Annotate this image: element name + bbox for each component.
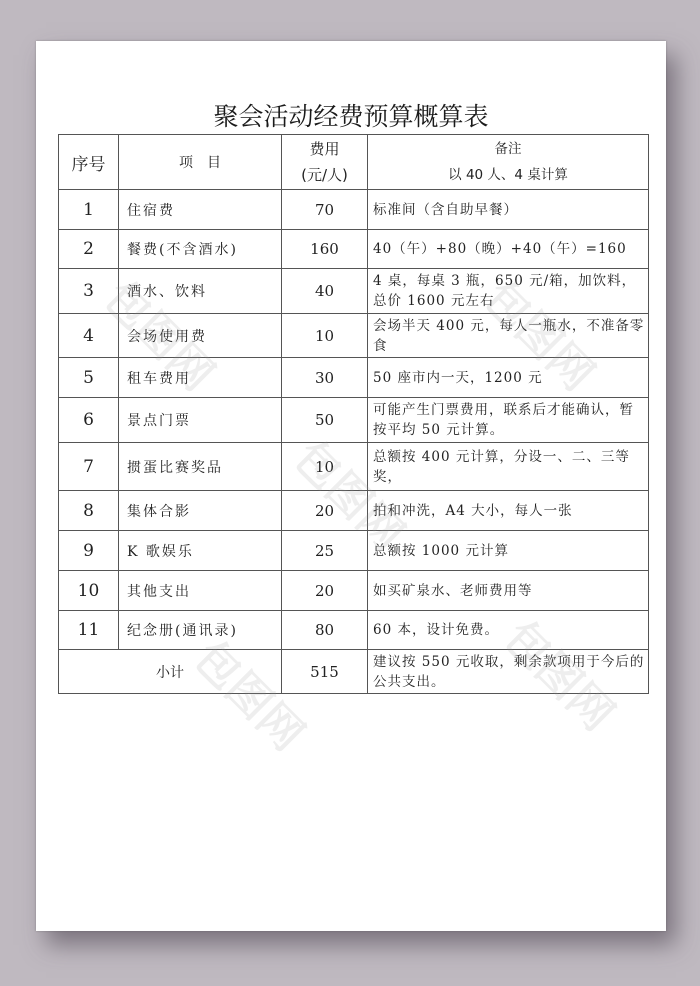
table-row: 7掼蛋比赛奖品10总额按 400 元计算，分设一、二、三等奖，: [59, 443, 649, 491]
row-item: 纪念册(通讯录): [119, 611, 282, 650]
table-row: 2餐费(不含酒水)16040（午）+80（晚）+40（午）=160: [59, 230, 649, 269]
header-note-label: 备注: [368, 136, 648, 162]
row-item: K 歌娱乐: [119, 531, 282, 571]
row-no: 4: [59, 314, 119, 358]
row-note: 50 座市内一天，1200 元: [368, 358, 649, 398]
row-no: 6: [59, 398, 119, 443]
table-row: 9K 歌娱乐25总额按 1000 元计算: [59, 531, 649, 571]
row-item: 住宿费: [119, 190, 282, 230]
table-row: 3酒水、饮料404 桌，每桌 3 瓶，650 元/箱，加饮料，总价 1600 元…: [59, 269, 649, 314]
row-item: 掼蛋比赛奖品: [119, 443, 282, 491]
row-note: 可能产生门票费用，联系后才能确认，暂按平均 50 元计算。: [368, 398, 649, 443]
row-note: 总额按 400 元计算，分设一、二、三等奖，: [368, 443, 649, 491]
budget-table: 序号 项 目 费用 (元/人) 备注 以 40 人、4 桌计算 1住宿费70标准…: [58, 134, 649, 694]
row-cost: 25: [282, 531, 368, 571]
row-cost: 10: [282, 443, 368, 491]
row-cost: 10: [282, 314, 368, 358]
row-cost: 160: [282, 230, 368, 269]
row-cost: 30: [282, 358, 368, 398]
row-cost: 50: [282, 398, 368, 443]
table-row: 5租车费用3050 座市内一天，1200 元: [59, 358, 649, 398]
page-title: 聚会活动经费预算概算表: [36, 97, 666, 133]
row-item: 租车费用: [119, 358, 282, 398]
row-item: 酒水、饮料: [119, 269, 282, 314]
header-no: 序号: [59, 135, 119, 190]
row-no: 3: [59, 269, 119, 314]
row-no: 11: [59, 611, 119, 650]
row-cost: 20: [282, 491, 368, 531]
row-no: 7: [59, 443, 119, 491]
row-no: 2: [59, 230, 119, 269]
table-body: 1住宿费70标准间（含自助早餐）2餐费(不含酒水)16040（午）+80（晚）+…: [59, 190, 649, 650]
row-cost: 20: [282, 571, 368, 611]
subtotal-row: 小计 515 建议按 550 元收取，剩余款项用于今后的公共支出。: [59, 650, 649, 694]
row-item: 景点门票: [119, 398, 282, 443]
row-no: 1: [59, 190, 119, 230]
subtotal-label: 小计: [59, 650, 282, 694]
table-row: 1住宿费70标准间（含自助早餐）: [59, 190, 649, 230]
table-row: 10其他支出20如买矿泉水、老师费用等: [59, 571, 649, 611]
document-page: 聚会活动经费预算概算表 序号 项 目 费用 (元/人) 备注 以 40 人、4 …: [36, 41, 666, 931]
row-note: 总额按 1000 元计算: [368, 531, 649, 571]
header-cost: 费用 (元/人): [282, 135, 368, 190]
row-note: 如买矿泉水、老师费用等: [368, 571, 649, 611]
row-note: 拍和冲洗，A4 大小，每人一张: [368, 491, 649, 531]
row-item: 餐费(不含酒水): [119, 230, 282, 269]
header-item: 项 目: [119, 135, 282, 190]
table-header-row: 序号 项 目 费用 (元/人) 备注 以 40 人、4 桌计算: [59, 135, 649, 190]
header-note: 备注 以 40 人、4 桌计算: [368, 135, 649, 190]
row-note: 40（午）+80（晚）+40（午）=160: [368, 230, 649, 269]
table-row: 6景点门票50可能产生门票费用，联系后才能确认，暂按平均 50 元计算。: [59, 398, 649, 443]
row-note: 4 桌，每桌 3 瓶，650 元/箱，加饮料，总价 1600 元左右: [368, 269, 649, 314]
row-cost: 80: [282, 611, 368, 650]
row-item: 会场使用费: [119, 314, 282, 358]
row-no: 8: [59, 491, 119, 531]
header-cost-unit: (元/人): [282, 162, 367, 188]
table-row: 4会场使用费10会场半天 400 元，每人一瓶水，不准备零食: [59, 314, 649, 358]
row-item: 其他支出: [119, 571, 282, 611]
row-no: 10: [59, 571, 119, 611]
row-note: 60 本，设计免费。: [368, 611, 649, 650]
table-row: 8集体合影20拍和冲洗，A4 大小，每人一张: [59, 491, 649, 531]
table-row: 11纪念册(通讯录)8060 本，设计免费。: [59, 611, 649, 650]
header-note-basis: 以 40 人、4 桌计算: [368, 162, 648, 188]
row-note: 标准间（含自助早餐）: [368, 190, 649, 230]
row-note: 会场半天 400 元，每人一瓶水，不准备零食: [368, 314, 649, 358]
subtotal-note: 建议按 550 元收取，剩余款项用于今后的公共支出。: [368, 650, 649, 694]
subtotal-cost: 515: [282, 650, 368, 694]
row-item: 集体合影: [119, 491, 282, 531]
row-no: 9: [59, 531, 119, 571]
row-cost: 40: [282, 269, 368, 314]
header-cost-label: 费用: [282, 136, 367, 162]
row-cost: 70: [282, 190, 368, 230]
row-no: 5: [59, 358, 119, 398]
